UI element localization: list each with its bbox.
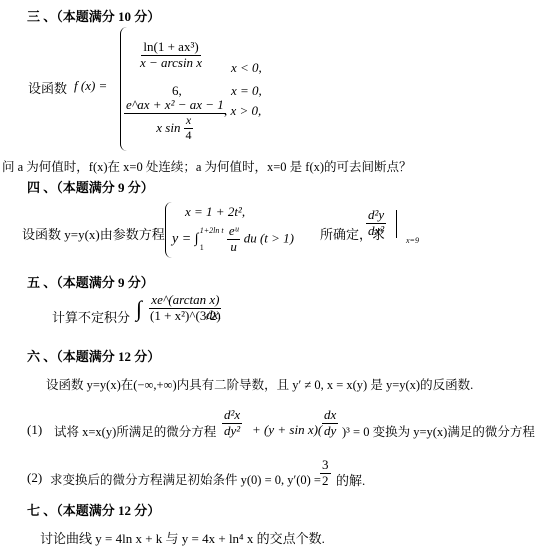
q4-eval-bar: [396, 210, 397, 238]
q6-part2-pre: 求变换后的微分方程满足初始条件 y(0) = 0, y′(0) =: [50, 470, 321, 488]
q4-deriv-num: d²y: [366, 208, 386, 224]
q3-case2-cond: x = 0,: [231, 83, 262, 99]
q6-part1-frac2-den: dy: [322, 424, 338, 439]
q3-case3: e^ax + x² − ax − 1 x sin x 4: [124, 98, 226, 143]
q3-case1-den: x − arcsin x: [138, 56, 204, 71]
q4-eq1: x = 1 + 2t²,: [185, 204, 245, 220]
q6-part1-pre: 试将 x=x(y)所满足的微分方程: [54, 422, 216, 440]
q6-part1-mid: + (y + sin x)(: [252, 422, 322, 438]
q6-part2-frac-num: 3: [320, 458, 331, 474]
q5-dx: dx.: [206, 307, 222, 323]
q4-eval-at: x=9: [406, 236, 419, 245]
q6-part1-frac1: d²x dy²: [222, 408, 242, 439]
q3-case3-den-pre: x sin: [156, 121, 180, 136]
q4-eq2-lower: 1: [200, 243, 224, 252]
q4-header: 四 、（本题满分 9 分）: [27, 177, 154, 196]
q3-case3-num: e^ax + x² − ax − 1: [124, 98, 226, 114]
q4-eq2-frac-num: eᵘ: [227, 224, 241, 240]
q3-case3-den-frac-num: x: [184, 114, 193, 129]
q6-header: 六 、（本题满分 12 分）: [27, 346, 160, 365]
q3-question: 问 a 为何值时，f(x)在 x=0 处连续；a 为何值时，x=0 是 f(x)…: [2, 157, 412, 175]
q3-case3-cond: , x > 0,: [224, 103, 261, 119]
q3-intro: 设函数: [28, 78, 67, 97]
q4-eq2-frac-den: u: [228, 240, 239, 255]
q6-part2-frac-den: 2: [320, 474, 331, 489]
q7-header: 七 、（本题满分 12 分）: [27, 500, 160, 519]
q7-text: 讨论曲线 y = 4ln x + k 与 y = 4x + ln⁴ x 的交点个…: [40, 528, 325, 547]
q4-eq2-upper: 1+2ln t: [200, 226, 224, 235]
q3-case1-cond: x < 0,: [231, 60, 262, 76]
q4-eq2-post: du (t > 1): [244, 230, 294, 245]
q6-part2-frac: 3 2: [320, 458, 331, 489]
q6-part1-post: )³ = 0 变换为 y=y(x)满足的微分方程: [342, 422, 535, 440]
q3-fx: f (x) =: [74, 78, 107, 94]
q5-integral-sign: ∫: [136, 296, 142, 322]
q5-header: 五 、（本题满分 9 分）: [27, 272, 154, 291]
q3-case3-den-frac-den: 4: [183, 129, 193, 143]
q6-part1-frac1-den: dy²: [222, 424, 242, 439]
q3-case1: ln(1 + ax³) x − arcsin x: [138, 40, 204, 71]
q6-intro: 设函数 y=y(x)在(−∞,+∞)内具有二阶导数，且 y′ ≠ 0, x = …: [46, 375, 473, 393]
q4-deriv: d²y dx²: [366, 208, 386, 239]
q3-case1-num: ln(1 + ax³): [141, 40, 200, 56]
q6-part1-frac1-num: d²x: [222, 408, 242, 424]
q4-brace: [165, 202, 172, 258]
q6-part2-label: (2): [27, 470, 42, 486]
q4-eq2: y = ∫ 1+2ln t 1 eᵘ u du (t > 1): [172, 224, 294, 255]
q6-part1-frac2-num: dx: [322, 408, 338, 424]
q6-part1-frac2: dx dy: [322, 408, 338, 439]
q4-deriv-den: dx²: [366, 224, 386, 239]
q4-intro: 设函数 y=y(x)由参数方程: [22, 224, 165, 243]
q5-intro: 计算不定积分: [52, 307, 130, 326]
q6-part2-post: 的解.: [336, 470, 365, 489]
q3-header: 三 、（本题满分 10 分）: [27, 6, 160, 25]
q4-eq2-pre: y = ∫: [172, 231, 199, 246]
q6-part1-label: (1): [27, 422, 42, 438]
